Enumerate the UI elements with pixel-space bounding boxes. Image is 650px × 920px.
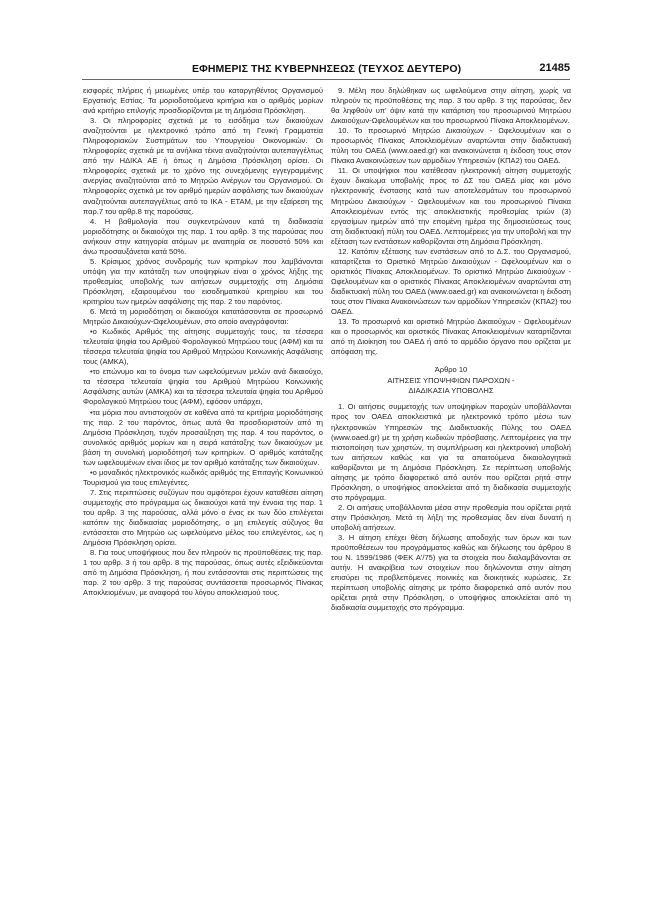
article-title-line2: ΔΙΑΔΙΚΑΣΙΑ ΥΠΟΒΟΛΗΣ: [409, 386, 494, 395]
bullet-item: τα μόρια που αντιστοιχούν σε καθένα από …: [83, 408, 323, 468]
paragraph-7: 7. Στις περιπτώσεις συζύγων που αμφότερο…: [83, 488, 323, 548]
article-paragraph-1: 1. Οι αιτήσεις συμμετοχής των υποψηφίων …: [331, 402, 571, 502]
right-column: 9. Μέλη που δηλώθηκαν ως ωφελούμενα στην…: [331, 86, 571, 613]
left-column: εισφορές πλήρεις ή μειωμένες υπέρ του κα…: [83, 86, 323, 598]
article-paragraph-3: 3. Η αίτηση επέχει θέση δήλωσης αποδοχής…: [331, 533, 571, 613]
gazette-page: ΕΦΗΜΕΡΙΣ ΤΗΣ ΚΥΒΕΡΝΗΣΕΩΣ (ΤΕΥΧΟΣ ΔΕΥΤΕΡΟ…: [0, 0, 650, 920]
paragraph-4: 4. Η βαθμολογία που συγκεντρώνουν κατά τ…: [83, 217, 323, 257]
bullet-item: το επώνυμο και το όνομα των ωφελούμενων …: [83, 367, 323, 407]
gazette-title: ΕΦΗΜΕΡΙΣ ΤΗΣ ΚΥΒΕΡΝΗΣΕΩΣ (ΤΕΥΧΟΣ ΔΕΥΤΕΡΟ…: [192, 63, 461, 75]
article-title-line1: ΑΙΤΗΣΕΙΣ ΥΠΟΨΗΦΙΩΝ ΠΑΡΟΧΩΝ -: [387, 376, 514, 385]
article-paragraph-2: 2. Οι αιτήσεις υποβάλλονται μέσα στην πρ…: [331, 503, 571, 533]
page-number: 21485: [539, 62, 570, 74]
paragraph-3: 3. Οι πληροφορίες σχετικά με το εισόδημα…: [83, 116, 323, 216]
paragraph-13: 13. Το προσωρινό και οριστικό Μητρώο Δικ…: [331, 317, 571, 357]
article-heading: Άρθρο 10: [331, 365, 571, 375]
paragraph-12: 12. Κατόπιν εξέτασης των ενστάσεων από τ…: [331, 247, 571, 317]
bullet-item: ο Κωδικός Αριθμός της αίτησης συμμετοχής…: [83, 327, 323, 367]
article-title: ΑΙΤΗΣΕΙΣ ΥΠΟΨΗΦΙΩΝ ΠΑΡΟΧΩΝ - ΔΙΑΔΙΚΑΣΙΑ …: [331, 376, 571, 396]
bullet-item: ο μοναδικός ηλεκτρονικός κωδικός αριθμός…: [83, 468, 323, 488]
page-header: ΕΦΗΜΕΡΙΣ ΤΗΣ ΚΥΒΕΡΝΗΣΕΩΣ (ΤΕΥΧΟΣ ΔΕΥΤΕΡΟ…: [82, 59, 570, 80]
paragraph-5: 5. Κρίσιμος χρόνος συνδρομής των κριτηρί…: [83, 257, 323, 307]
paragraph-8: 8. Για τους υποψήφιους που δεν πληρούν τ…: [83, 548, 323, 598]
paragraph-10: 10. Το προσωρινό Μητρώο Δικαιούχων - Ωφε…: [331, 126, 571, 166]
paragraph-6: 6. Μετά τη μοριοδότηση οι δικαιούχοι κατ…: [83, 307, 323, 327]
paragraph-continued: εισφορές πλήρεις ή μειωμένες υπέρ του κα…: [83, 86, 323, 116]
paragraph-9: 9. Μέλη που δηλώθηκαν ως ωφελούμενα στην…: [331, 86, 571, 126]
paragraph-11: 11. Οι υποψήφιοι που κατέθεσαν ηλεκτρονι…: [331, 166, 571, 246]
